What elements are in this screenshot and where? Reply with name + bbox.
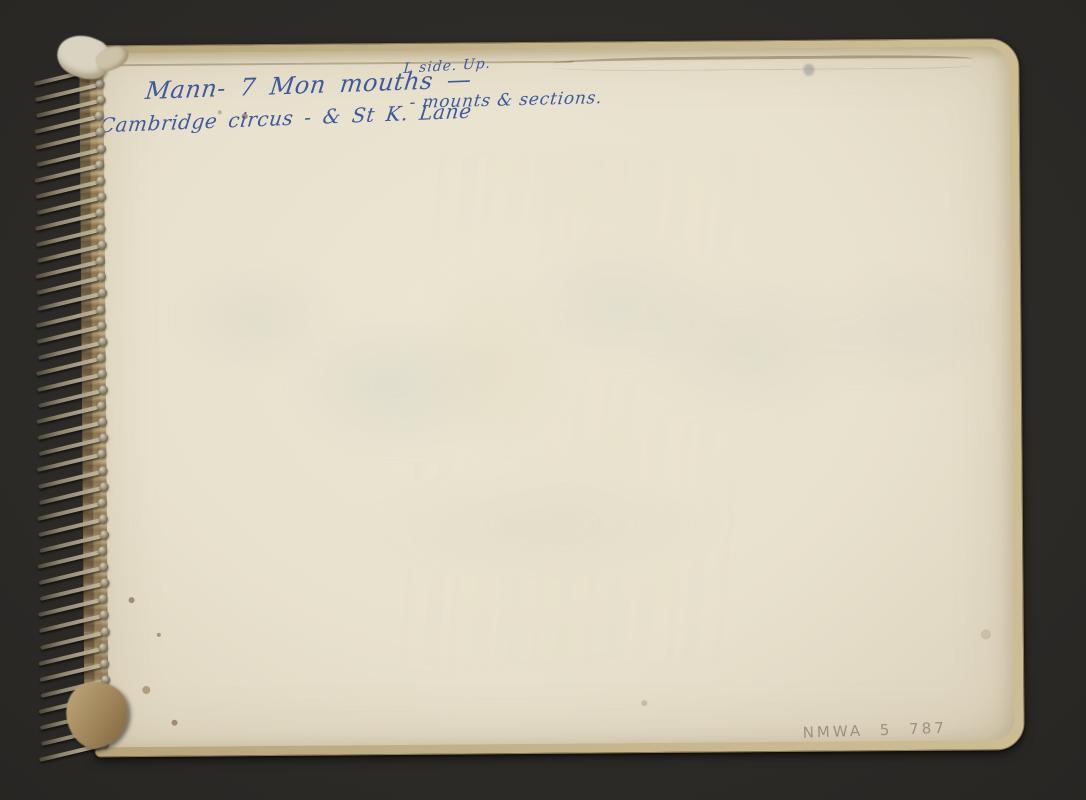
drawing-show-through bbox=[153, 146, 1007, 673]
spiral-coil bbox=[39, 625, 111, 639]
spiral-coil bbox=[35, 351, 107, 365]
spiral-coil bbox=[38, 609, 110, 623]
spiral-coil bbox=[35, 399, 107, 413]
spiral-coil bbox=[36, 238, 108, 252]
spiral-coil bbox=[35, 190, 107, 204]
spiral-coil bbox=[37, 560, 109, 574]
spiral-coil bbox=[36, 544, 108, 558]
spiral-coil bbox=[37, 464, 109, 478]
top-tear-line bbox=[553, 54, 973, 71]
spiral-coil bbox=[38, 657, 110, 671]
accession-number-inscription: NMWA 5 787 bbox=[802, 719, 947, 742]
spiral-coil bbox=[36, 367, 108, 381]
spiral-coil bbox=[37, 432, 109, 446]
spiral-coil bbox=[35, 222, 107, 236]
spiral-coil bbox=[36, 335, 108, 349]
spiral-coil bbox=[33, 77, 105, 91]
spiral-coil bbox=[35, 448, 107, 462]
spiral-coil bbox=[34, 174, 106, 188]
spiral-coil bbox=[37, 593, 109, 607]
spiral-coil bbox=[36, 287, 108, 301]
spiral-coil bbox=[34, 126, 106, 140]
spiral-binding bbox=[31, 51, 117, 754]
spiral-coil bbox=[35, 271, 107, 285]
spiral-coil bbox=[37, 383, 109, 397]
spiral-coil bbox=[36, 496, 108, 510]
spiral-coil bbox=[33, 110, 105, 124]
spiral-coil bbox=[37, 512, 109, 526]
spiral-coil bbox=[35, 319, 107, 333]
spiral-coil bbox=[34, 303, 106, 317]
spiral-coil bbox=[35, 93, 107, 107]
spiral-coil bbox=[33, 158, 105, 172]
spiral-coil bbox=[36, 415, 108, 429]
spiral-coil bbox=[35, 142, 107, 156]
spiral-coil bbox=[38, 528, 110, 542]
sketchbook-page: L side. Up. Mann- 7 Mon mouths — - mount… bbox=[97, 46, 1014, 747]
grey-smudge bbox=[803, 64, 814, 76]
spiral-coil bbox=[38, 576, 110, 590]
spiral-coil bbox=[34, 254, 106, 268]
spiral-coil bbox=[33, 206, 105, 220]
sketchbook-photograph: L side. Up. Mann- 7 Mon mouths — - mount… bbox=[0, 0, 1086, 800]
spiral-coil bbox=[38, 480, 110, 494]
spiral-coil bbox=[37, 641, 109, 655]
sketchbook: L side. Up. Mann- 7 Mon mouths — - mount… bbox=[31, 38, 1025, 758]
